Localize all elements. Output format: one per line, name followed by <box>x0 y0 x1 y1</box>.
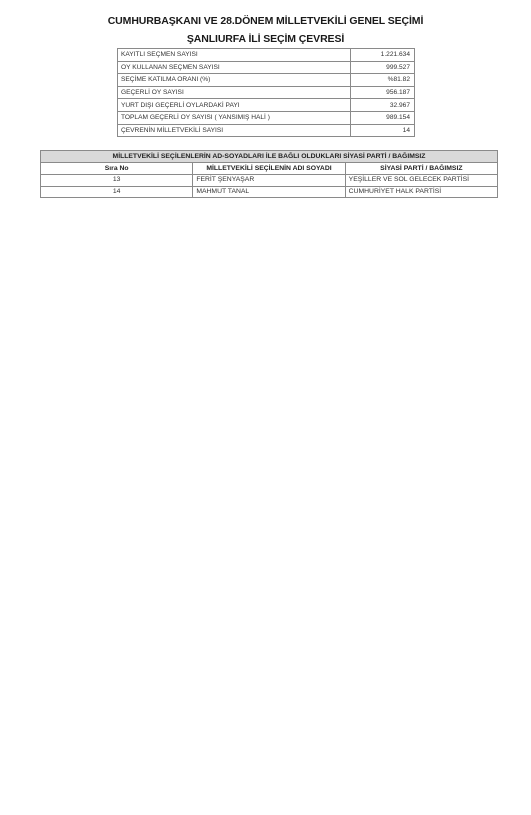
summary-value: 32.967 <box>351 99 415 112</box>
deputy-no: 13 <box>41 175 193 187</box>
summary-label: GEÇERLİ OY SAYISI <box>118 86 351 99</box>
document-subtitle: ŞANLIURFA İLİ SEÇİM ÇEVRESİ <box>0 33 531 45</box>
document-title: CUMHURBAŞKANI VE 28.DÖNEM MİLLETVEKİLİ G… <box>0 15 531 27</box>
summary-row-valid-votes: GEÇERLİ OY SAYISI 956.187 <box>118 86 415 99</box>
summary-row-abroad-share: YURT DIŞI GEÇERLİ OYLARDAKİ PAYI 32.967 <box>118 99 415 112</box>
group-header: MİLLETVEKİLİ SEÇİLENLERİN AD-SOYADLARI İ… <box>41 151 498 163</box>
table-row: 13 FERİT ŞENYAŞAR YEŞİLLER VE SOL GELECE… <box>41 175 498 187</box>
deputy-party: CUMHURİYET HALK PARTİSİ <box>345 186 497 198</box>
election-summary-table: KAYITLI SEÇMEN SAYISI 1.221.634 OY KULLA… <box>117 48 415 137</box>
summary-label: SEÇİME KATILMA ORANI (%) <box>118 74 351 87</box>
deputy-name: FERİT ŞENYAŞAR <box>193 175 345 187</box>
summary-value: 989.154 <box>351 111 415 124</box>
summary-row-voters-cast: OY KULLANAN SEÇMEN SAYISI 999.527 <box>118 61 415 74</box>
summary-label: ÇEVRENİN MİLLETVEKİLİ SAYISI <box>118 124 351 137</box>
summary-value: 999.527 <box>351 61 415 74</box>
summary-value: 14 <box>351 124 415 137</box>
column-header-no: Sıra No <box>41 163 193 175</box>
summary-value: %81.82 <box>351 74 415 87</box>
column-header-row: Sıra No MİLLETVEKİLİ SEÇİLENİN ADI SOYAD… <box>41 163 498 175</box>
deputy-no: 14 <box>41 186 193 198</box>
summary-label: KAYITLI SEÇMEN SAYISI <box>118 49 351 62</box>
summary-row-turnout: SEÇİME KATILMA ORANI (%) %81.82 <box>118 74 415 87</box>
summary-label: OY KULLANAN SEÇMEN SAYISI <box>118 61 351 74</box>
summary-label: YURT DIŞI GEÇERLİ OYLARDAKİ PAYI <box>118 99 351 112</box>
summary-value: 1.221.634 <box>351 49 415 62</box>
summary-row-registered-voters: KAYITLI SEÇMEN SAYISI 1.221.634 <box>118 49 415 62</box>
summary-row-total-valid-votes: TOPLAM GEÇERLİ OY SAYISI ( YANSIMIŞ HALİ… <box>118 111 415 124</box>
column-header-name: MİLLETVEKİLİ SEÇİLENİN ADI SOYADI <box>193 163 345 175</box>
summary-row-deputy-count: ÇEVRENİN MİLLETVEKİLİ SAYISI 14 <box>118 124 415 137</box>
column-header-party: SİYASİ PARTİ / BAĞIMSIZ <box>345 163 497 175</box>
table-row: 14 MAHMUT TANAL CUMHURİYET HALK PARTİSİ <box>41 186 498 198</box>
deputy-party: YEŞİLLER VE SOL GELECEK PARTİSİ <box>345 175 497 187</box>
summary-value: 956.187 <box>351 86 415 99</box>
summary-label: TOPLAM GEÇERLİ OY SAYISI ( YANSIMIŞ HALİ… <box>118 111 351 124</box>
elected-deputies-table: MİLLETVEKİLİ SEÇİLENLERİN AD-SOYADLARI İ… <box>40 150 498 198</box>
deputy-name: MAHMUT TANAL <box>193 186 345 198</box>
group-header-row: MİLLETVEKİLİ SEÇİLENLERİN AD-SOYADLARI İ… <box>41 151 498 163</box>
